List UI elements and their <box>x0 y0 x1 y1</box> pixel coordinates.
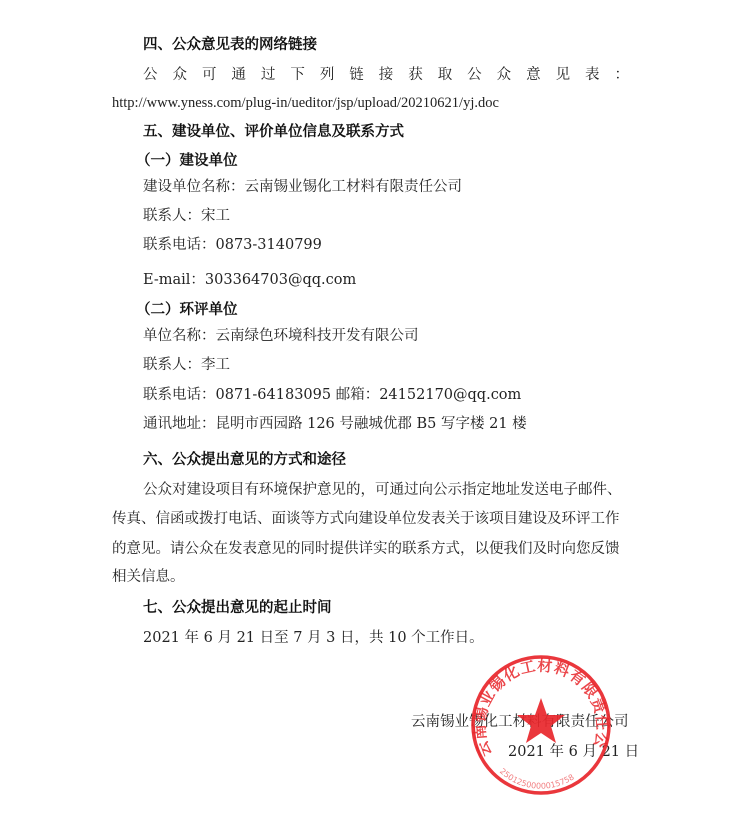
svg-text:2501250000015758: 2501250000015758 <box>498 767 576 791</box>
intro-char: 见 <box>556 65 571 85</box>
intro-char: 公 <box>467 65 482 85</box>
public-opinion-form-link[interactable]: http://www.yness.com/plug-in/ueditor/jsp… <box>112 93 499 113</box>
intro-char: 接 <box>379 65 394 85</box>
section6-paragraph-line-4: 相关信息。 <box>112 567 185 587</box>
section4-intro-line: 公众可通过下列链接获取公众意见表： <box>143 65 629 85</box>
intro-char: 取 <box>438 65 453 85</box>
signature-company: 云南锡业锡化工材料有限责任公司 <box>411 712 629 732</box>
intro-char: 过 <box>261 65 276 85</box>
stamp-serial: 2501250000015758 <box>498 767 576 791</box>
section7-heading: 七、公众提出意见的起止时间 <box>143 598 332 618</box>
builder-phone: 联系电话：0873-3140799 <box>143 235 322 255</box>
evaluator-address: 通讯地址：昆明市西园路 126 号融城优郡 B5 写字楼 21 楼 <box>143 414 527 434</box>
section6-heading: 六、公众提出意见的方式和途径 <box>143 450 346 470</box>
intro-char: 链 <box>349 65 364 85</box>
intro-char: 通 <box>231 65 246 85</box>
intro-char: 列 <box>320 65 335 85</box>
section5-heading: 五、建设单位、评价单位信息及联系方式 <box>143 122 404 142</box>
intro-char: ： <box>615 65 630 85</box>
intro-char: 可 <box>202 65 217 85</box>
section4-heading: 四、公众意见表的网络链接 <box>143 35 317 55</box>
intro-char: 获 <box>408 65 423 85</box>
section6-paragraph-line-1: 公众对建设项目有环境保护意见的，可通过向公示指定地址发送电子邮件、 <box>143 480 622 500</box>
signature-date: 2021 年 6 月 21 日 <box>508 742 639 762</box>
document-page: 四、公众意见表的网络链接 公众可通过下列链接获取公众意见表： http://ww… <box>0 0 749 813</box>
intro-char: 众 <box>497 65 512 85</box>
section7-period: 2021 年 6 月 21 日至 7 月 3 日，共 10 个工作日。 <box>143 628 484 648</box>
evaluator-subheading: （二）环评单位 <box>136 300 238 320</box>
evaluator-contact: 联系人：李工 <box>143 355 230 375</box>
evaluator-name: 单位名称：云南绿色环境科技开发有限公司 <box>143 326 419 346</box>
builder-email: E-mail：303364703@qq.com <box>143 270 356 290</box>
section6-paragraph-line-2: 传真、信函或拨打电话、面谈等方式向建设单位发表关于该项目建设及环评工作 <box>112 509 620 529</box>
intro-char: 公 <box>143 65 158 85</box>
builder-subheading: （一）建设单位 <box>136 151 238 171</box>
builder-name: 建设单位名称：云南锡业锡化工材料有限责任公司 <box>143 177 462 197</box>
builder-contact: 联系人：宋工 <box>143 206 230 226</box>
evaluator-phone-email: 联系电话：0871-64183095 邮箱：24152170@qq.com <box>143 385 521 405</box>
section6-paragraph-line-3: 的意见。请公众在发表意见的同时提供详实的联系方式，以便我们及时向您反馈 <box>112 539 620 559</box>
intro-char: 意 <box>526 65 541 85</box>
intro-char: 表 <box>585 65 600 85</box>
intro-char: 众 <box>172 65 187 85</box>
intro-char: 下 <box>290 65 305 85</box>
